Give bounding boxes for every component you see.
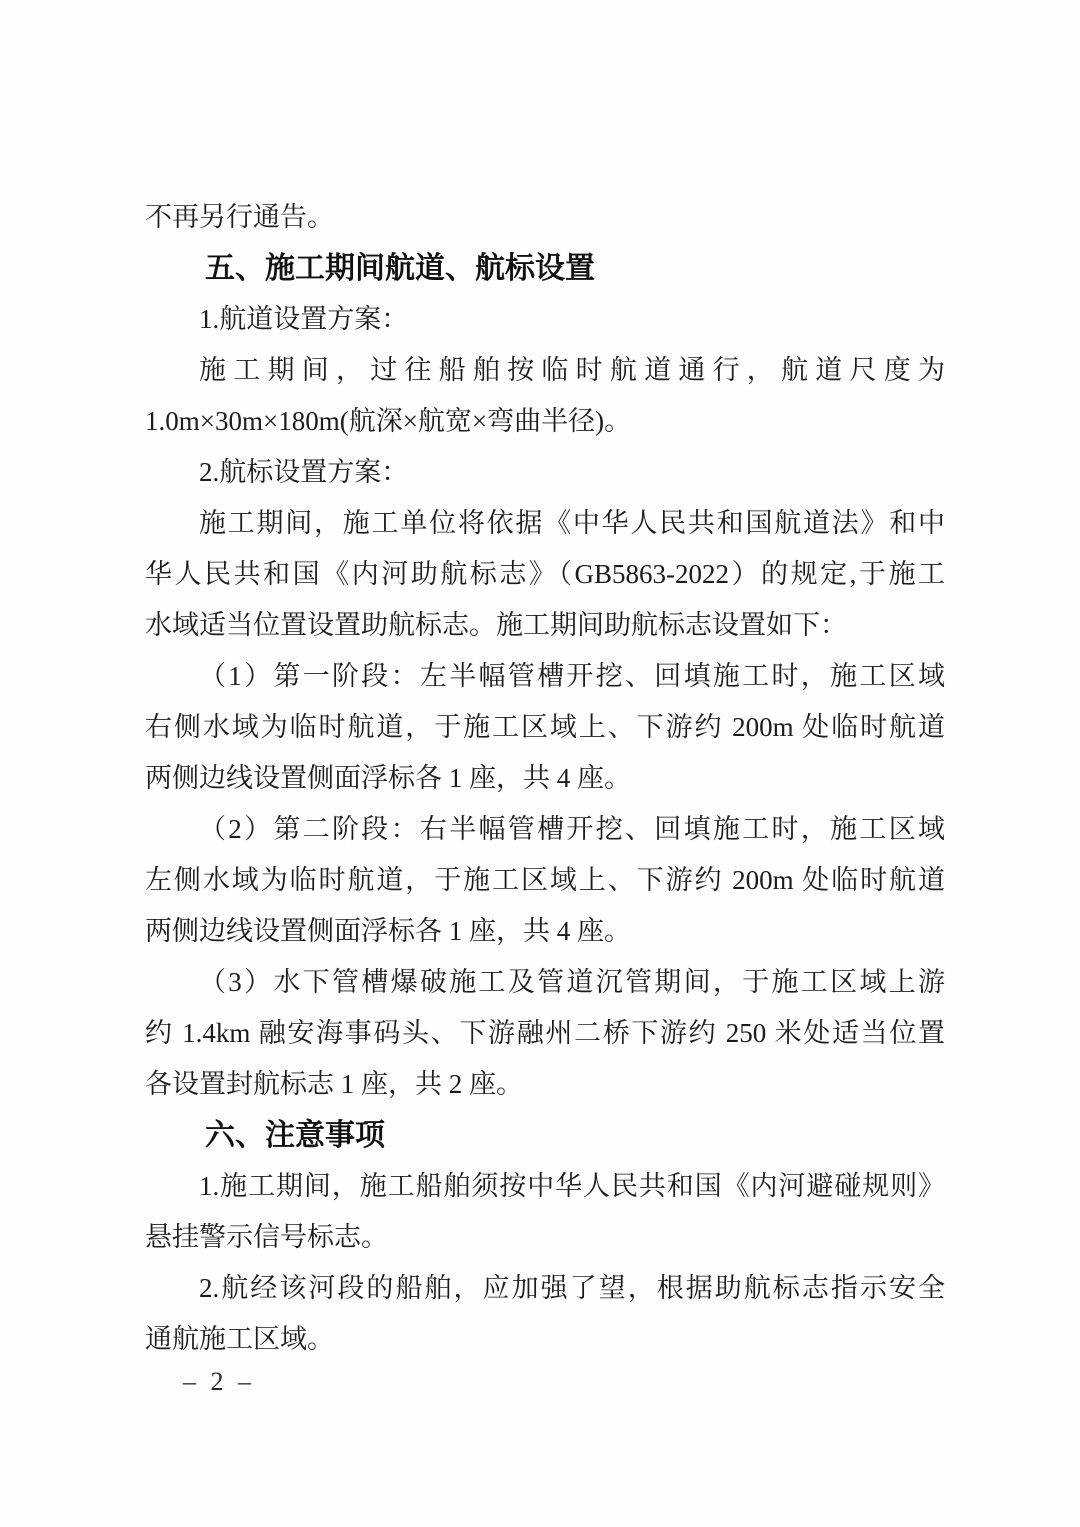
paragraph-line: 两侧边线设置侧面浮标各 1 座，共 4 座。: [145, 906, 945, 957]
section-heading: 六、注意事项: [145, 1110, 945, 1161]
paragraph-line: 1.0m×30m×180m(航深×航宽×弯曲半径)。: [145, 396, 945, 447]
paragraph-line: （3）水下管槽爆破施工及管道沉管期间，于施工区域上游: [145, 957, 945, 1008]
paragraph-line: 1.施工期间，施工船舶须按中华人民共和国《内河避碰规则》: [145, 1161, 945, 1212]
paragraph-line: 右侧水域为临时航道，于施工区域上、下游约 200m 处临时航道: [145, 702, 945, 753]
document-lines: 不再另行通告。五、施工期间航道、航标设置1.航道设置方案：施工期间，过往船舶按临…: [145, 192, 945, 1365]
paragraph-line: 施工期间，过往船舶按临时航道通行，航道尺度为: [145, 345, 945, 396]
paragraph-line: 2.航标设置方案：: [145, 447, 945, 498]
paragraph-line: 两侧边线设置侧面浮标各 1 座，共 4 座。: [145, 753, 945, 804]
paragraph-line: 悬挂警示信号标志。: [145, 1212, 945, 1263]
paragraph-line: 1.航道设置方案：: [145, 294, 945, 345]
section-heading: 五、施工期间航道、航标设置: [145, 243, 945, 294]
paragraph-line: 2.航经该河段的船舶，应加强了望，根据助航标志指示安全: [145, 1263, 945, 1314]
paragraph-line: 华人民共和国《内河助航标志》（GB5863-2022）的规定,于施工: [145, 549, 945, 600]
paragraph-line: （2）第二阶段：右半幅管槽开挖、回填施工时，施工区域: [145, 804, 945, 855]
document-page: 不再另行通告。五、施工期间航道、航标设置1.航道设置方案：施工期间，过往船舶按临…: [0, 0, 1080, 1527]
page-number: – 2 –: [183, 1369, 253, 1395]
paragraph-line: 不再另行通告。: [145, 192, 945, 243]
paragraph-line: 通航施工区域。: [145, 1314, 945, 1365]
paragraph-line: 各设置封航标志 1 座，共 2 座。: [145, 1059, 945, 1110]
paragraph-line: 水域适当位置设置助航标志。施工期间助航标志设置如下：: [145, 600, 945, 651]
paragraph-line: 施工期间，施工单位将依据《中华人民共和国航道法》和中: [145, 498, 945, 549]
paragraph-line: 约 1.4km 融安海事码头、下游融州二桥下游约 250 米处适当位置: [145, 1008, 945, 1059]
paragraph-line: （1）第一阶段：左半幅管槽开挖、回填施工时，施工区域: [145, 651, 945, 702]
paragraph-line: 左侧水域为临时航道，于施工区域上、下游约 200m 处临时航道: [145, 855, 945, 906]
